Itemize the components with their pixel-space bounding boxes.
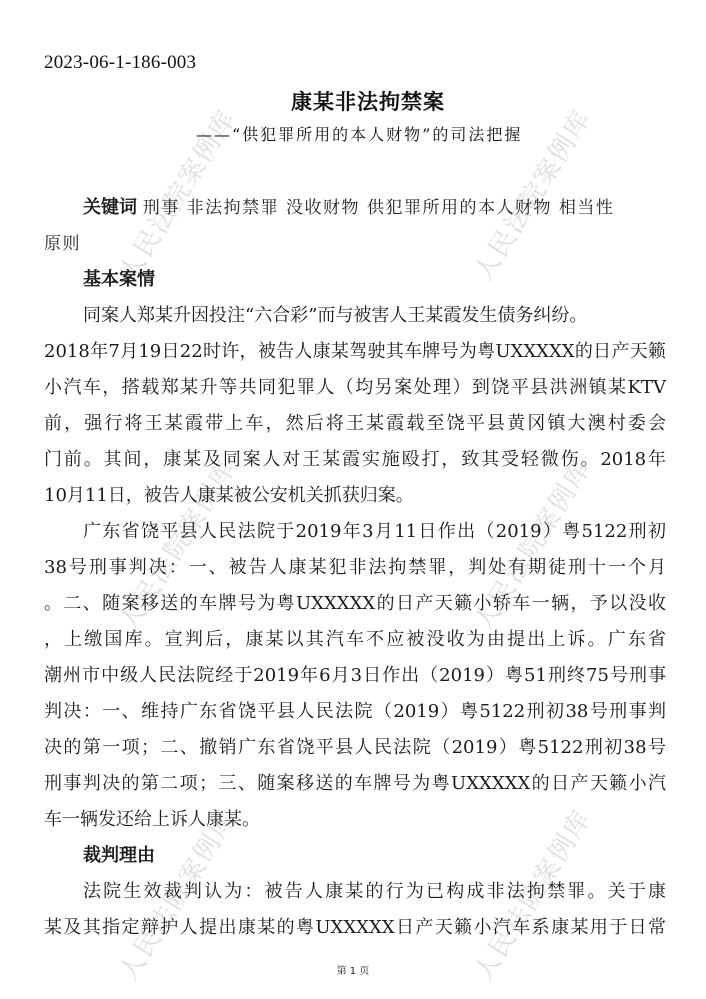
keywords-text-cont: 原则 bbox=[44, 226, 81, 262]
paragraph-line: 。二、随案移送的车牌号为粤UXXXXX的日产天籁小轿车一辆，予以没收 bbox=[44, 586, 666, 622]
paragraph-line: 刑事判决的第二项；三、随案移送的车牌号为粤UXXXXX的日产天籁小汽 bbox=[44, 766, 666, 802]
keywords-label: 关键词 bbox=[83, 197, 137, 218]
paragraph-line: 同案人郑某升因投注“六合彩”而与被害人王某霞发生债务纠纷。 bbox=[83, 298, 666, 334]
paragraph-line: 法院生效裁判认为：被告人康某的行为已构成非法拘禁罪。关于康 bbox=[83, 874, 666, 910]
paragraph-line: ，上缴国库。宣判后，康某以其汽车不应被没收为由提出上诉。广东省 bbox=[44, 622, 666, 658]
paragraph-line: 2018年7月19日22时许，被告人康某驾驶其车牌号为粤UXXXXX的日产天籁 bbox=[44, 334, 666, 370]
paragraph-line: 判决：一、维持广东省饶平县人民法院（2019）粤5122刑初38号刑事判 bbox=[44, 694, 666, 730]
paragraph-line: 门前。其间，康某及同案人对王某霞实施殴打，致其受轻微伤。2018年 bbox=[44, 442, 666, 478]
section-heading: 基本案情 bbox=[83, 262, 155, 298]
keywords-text: 刑事 非法拘禁罪 没收财物 供犯罪所用的本人财物 相当性 bbox=[143, 198, 615, 218]
document-subtitle: ——“供犯罪所用的本人财物”的司法把握 bbox=[196, 122, 522, 145]
paragraph-line: 广东省饶平县人民法院于2019年3月11日作出（2019）粤5122刑初 bbox=[83, 514, 666, 550]
paragraph-line: 某及其指定辩护人提出康某的粤UXXXXX日产天籁小汽车系康某用于日常 bbox=[44, 910, 666, 946]
paragraph-line: 小汽车，搭载郑某升等共同犯罪人（均另案处理）到饶平县洪洲镇某KTV bbox=[44, 370, 666, 406]
document-page: 人民法院案例库 人民法院案例库 人民法院案例库 人民法院案例库 人民法院案例库 … bbox=[0, 0, 706, 999]
section-heading: 裁判理由 bbox=[83, 838, 155, 874]
page-number: 第 1 页 bbox=[0, 962, 706, 977]
document-id: 2023-06-1-186-003 bbox=[44, 52, 196, 74]
paragraph-line: 决的第一项；二、撤销广东省饶平县人民法院（2019）粤5122刑初38号 bbox=[44, 730, 666, 766]
document-title: 康某非法拘禁案 bbox=[0, 86, 706, 116]
paragraph-line: 车一辆发还给上诉人康某。 bbox=[44, 802, 260, 838]
paragraph-line: 10月11日，被告人康某被公安机关抓获归案。 bbox=[44, 478, 414, 514]
paragraph-line: 前，强行将王某霞带上车，然后将王某霞载至饶平县黄冈镇大澳村委会 bbox=[44, 406, 666, 442]
paragraph-line: 潮州市中级人民法院经于2019年6月3日作出（2019）粤51刑终75号刑事 bbox=[44, 658, 666, 694]
keywords-line: 关键词 刑事 非法拘禁罪 没收财物 供犯罪所用的本人财物 相当性 bbox=[83, 190, 614, 226]
paragraph-line: 38号刑事判决：一、被告人康某犯非法拘禁罪，判处有期徒刑十一个月 bbox=[44, 550, 666, 586]
